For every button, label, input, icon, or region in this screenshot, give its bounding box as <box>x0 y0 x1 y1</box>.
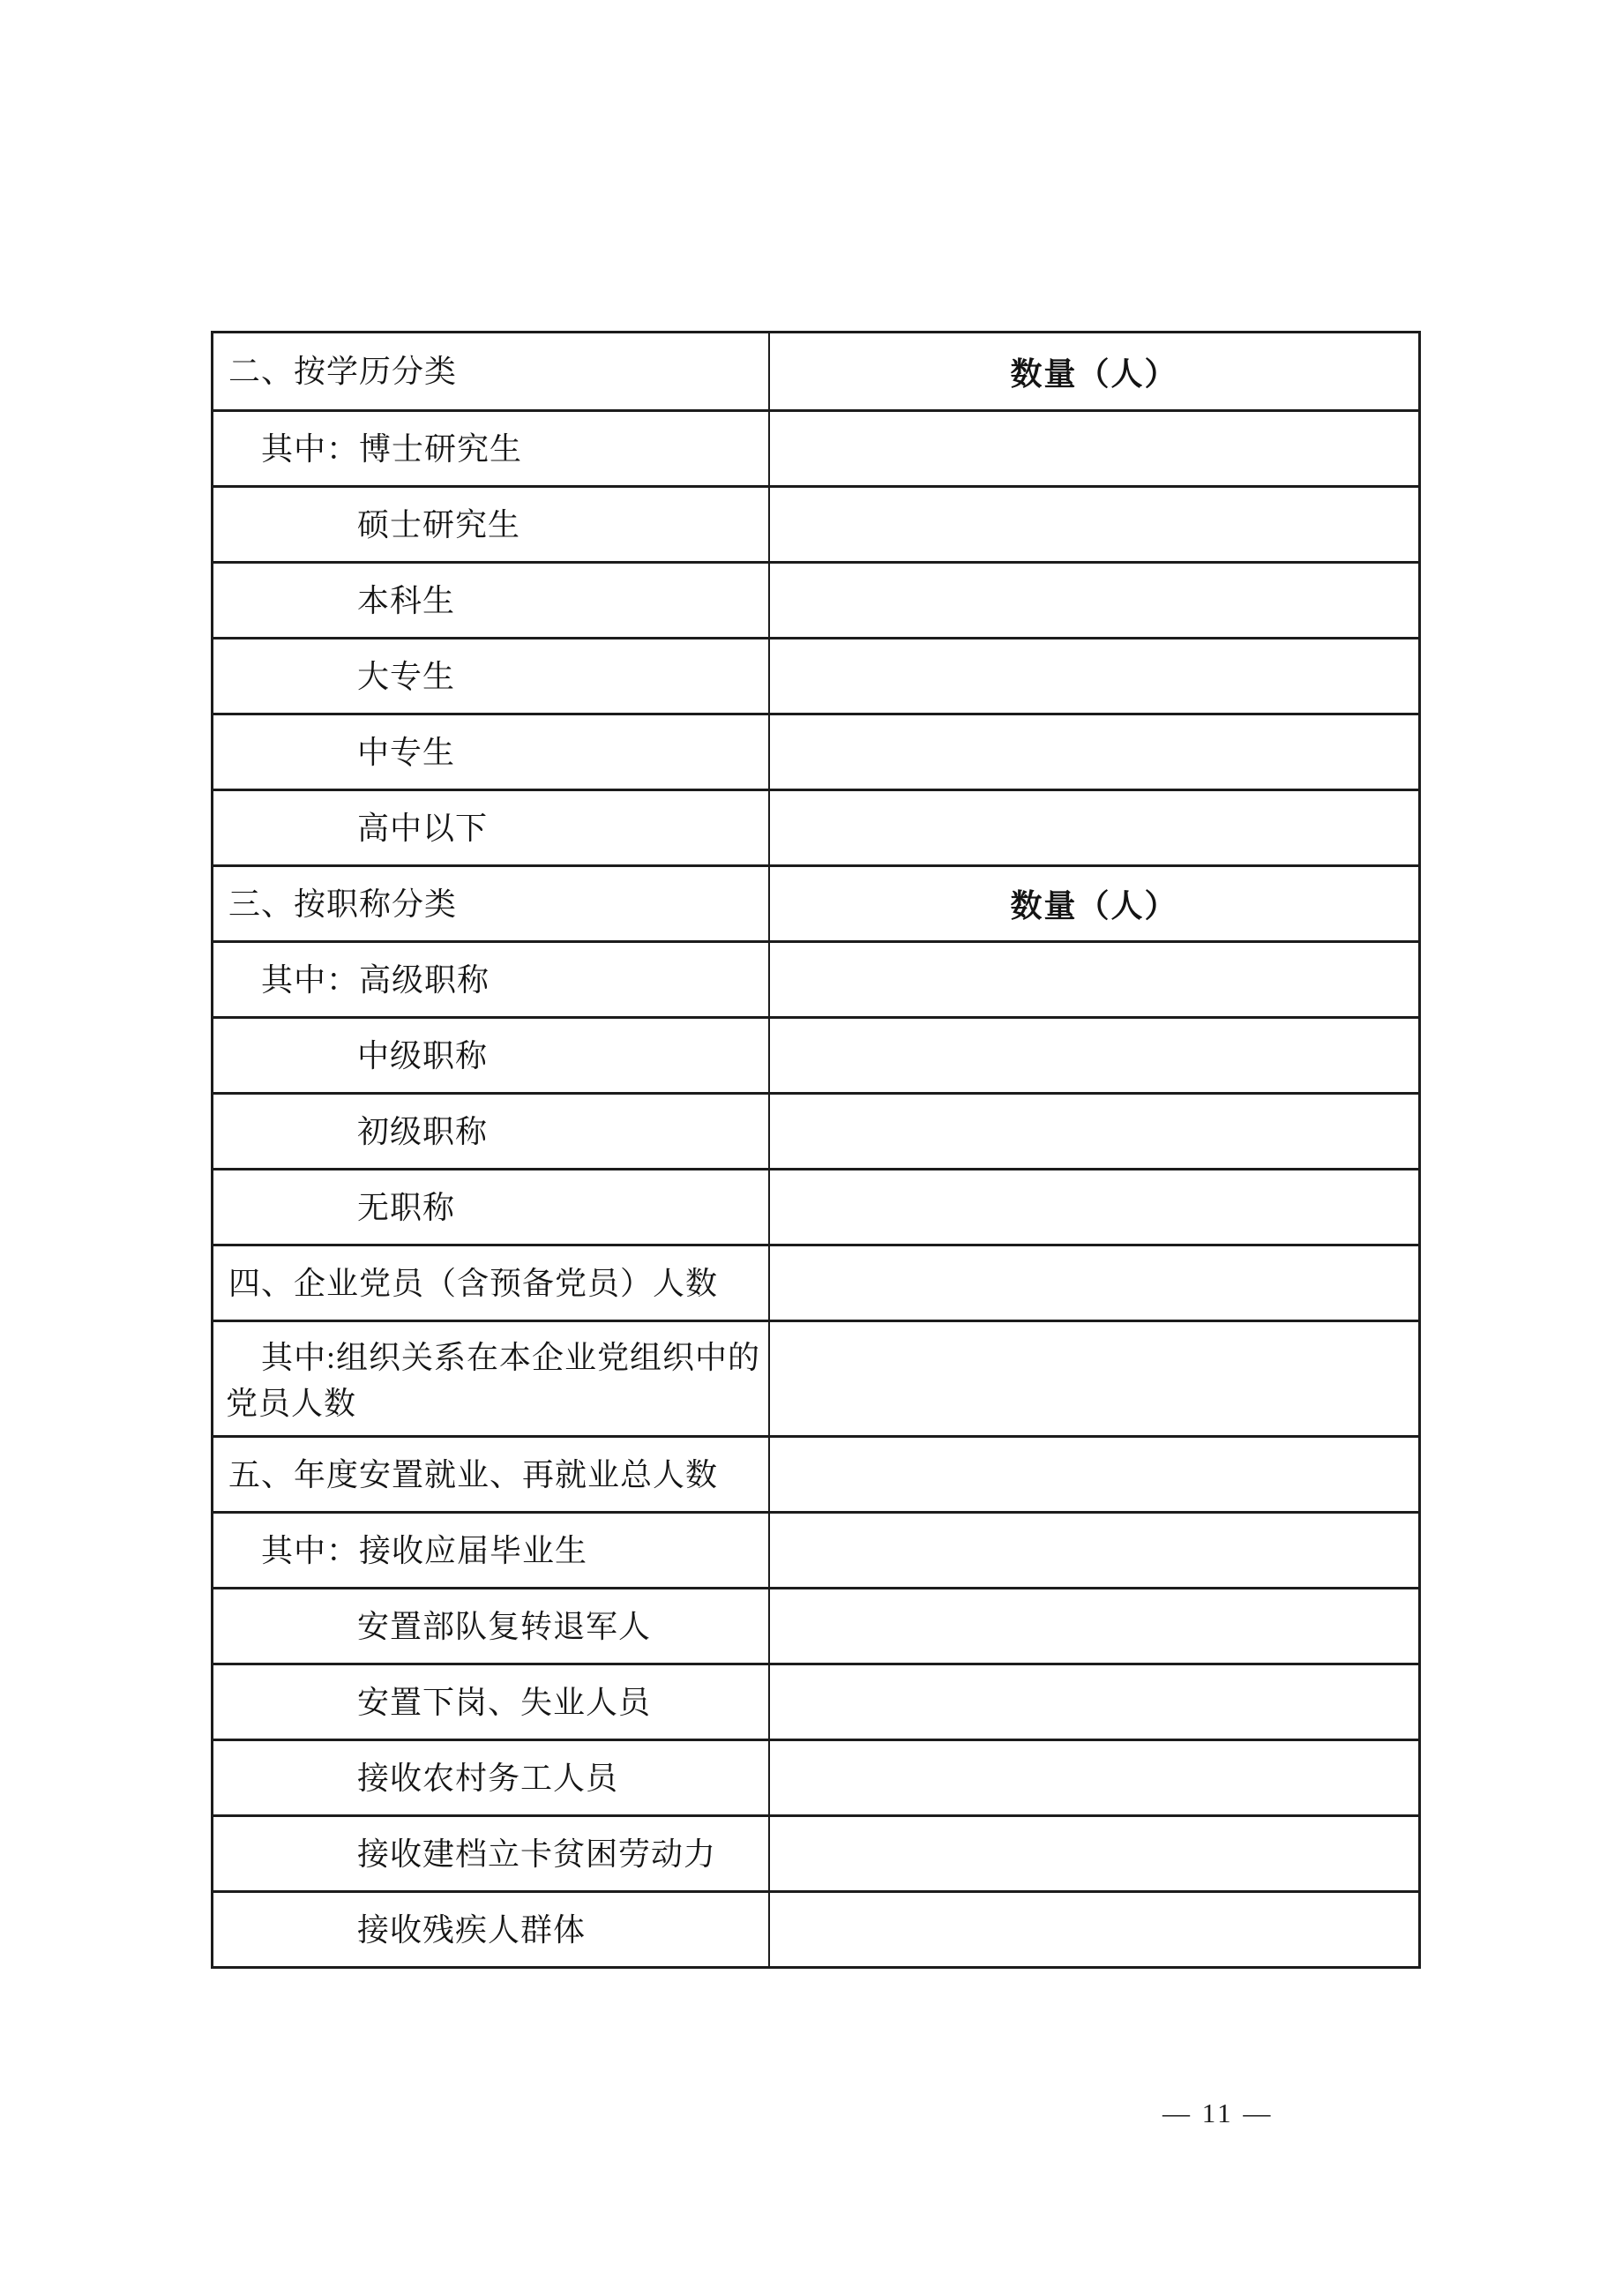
table-row-bachelor: 本科生 <box>213 561 1418 637</box>
table-row-masters: 硕士研究生 <box>213 485 1418 561</box>
row-label: 其中：高级职称 <box>261 964 490 996</box>
enterprise-staff-classification-table: 二、按学历分类 数量（人） 其中：博士研究生 硕士研究生 本科生 <box>211 331 1421 1969</box>
value-cell-empty <box>770 1246 1418 1320</box>
value-cell-empty <box>770 1589 1418 1663</box>
value-cell-empty <box>770 1438 1418 1511</box>
row-label-cell: 初级职称 <box>213 1095 770 1168</box>
row-label: 接收农村务工人员 <box>357 1762 618 1794</box>
document-page: 二、按学历分类 数量（人） 其中：博士研究生 硕士研究生 本科生 <box>0 0 1622 2296</box>
row-label-line2: 党员人数 <box>213 1380 768 1426</box>
table-row-fresh-graduates: 其中：接收应届毕业生 <box>213 1511 1418 1587</box>
section-title-party-members: 四、企业党员（含预备党员）人数 <box>228 1268 718 1299</box>
table-row-junior-college: 大专生 <box>213 637 1418 713</box>
row-label: 安置下岗、失业人员 <box>357 1686 651 1718</box>
table-row-below-highschool: 高中以下 <box>213 789 1418 864</box>
value-cell-empty <box>770 1170 1418 1244</box>
row-label-cell: 中级职称 <box>213 1019 770 1092</box>
value-cell-empty <box>770 412 1418 485</box>
row-label-cell: 安置部队复转退军人 <box>213 1589 770 1663</box>
row-label-cell: 其中：高级职称 <box>213 943 770 1016</box>
table-row-senior-title: 其中：高级职称 <box>213 940 1418 1016</box>
row-label-cell: 接收农村务工人员 <box>213 1741 770 1814</box>
table-row-mid-title: 中级职称 <box>213 1016 1418 1092</box>
table-row-registered-poor-labor: 接收建档立卡贫困劳动力 <box>213 1814 1418 1890</box>
row-label: 其中：接收应届毕业生 <box>261 1535 587 1567</box>
table-row-secondary-school: 中专生 <box>213 713 1418 789</box>
table-row-employment-section: 五、年度安置就业、再就业总人数 <box>213 1435 1418 1511</box>
row-label: 高中以下 <box>357 812 488 844</box>
value-cell-empty <box>770 715 1418 789</box>
table-row-veterans: 安置部队复转退军人 <box>213 1587 1418 1663</box>
value-cell-empty <box>770 564 1418 637</box>
value-cell-empty <box>770 1893 1418 1966</box>
table-row-rural-workers: 接收农村务工人员 <box>213 1739 1418 1814</box>
section-title-education: 二、按学历分类 <box>228 355 457 387</box>
quantity-header-cell: 数量（人） <box>770 333 1418 409</box>
row-label: 初级职称 <box>357 1116 488 1148</box>
row-label-cell: 中专生 <box>213 715 770 789</box>
table-row-education-section: 二、按学历分类 数量（人） <box>213 333 1418 409</box>
row-label: 接收建档立卡贫困劳动力 <box>357 1838 716 1870</box>
row-label: 中级职称 <box>357 1040 488 1072</box>
row-label-cell: 五、年度安置就业、再就业总人数 <box>213 1438 770 1511</box>
table-row-party-members-section: 四、企业党员（含预备党员）人数 <box>213 1244 1418 1320</box>
quantity-header: 数量（人） <box>1010 881 1177 926</box>
row-label-cell: 硕士研究生 <box>213 488 770 561</box>
value-cell-empty <box>770 1095 1418 1168</box>
row-label-cell: 本科生 <box>213 564 770 637</box>
row-label-cell: 接收残疾人群体 <box>213 1893 770 1966</box>
quantity-header: 数量（人） <box>1010 349 1177 394</box>
row-label: 硕士研究生 <box>357 509 520 541</box>
value-cell-empty <box>770 791 1418 864</box>
row-label-cell: 四、企业党员（含预备党员）人数 <box>213 1246 770 1320</box>
table-row-doctoral: 其中：博士研究生 <box>213 409 1418 485</box>
table-row-title-section: 三、按职称分类 数量（人） <box>213 864 1418 940</box>
row-label: 安置部队复转退军人 <box>357 1611 651 1642</box>
quantity-header-cell: 数量（人） <box>770 867 1418 940</box>
row-label-cell: 二、按学历分类 <box>213 333 770 409</box>
row-label: 无职称 <box>357 1192 455 1223</box>
row-label-cell: 其中：博士研究生 <box>213 412 770 485</box>
table-row-disabled-persons: 接收残疾人群体 <box>213 1890 1418 1966</box>
row-label: 本科生 <box>357 585 455 617</box>
table-row-party-members-in-org: 其中:组织关系在本企业党组织中的 党员人数 <box>213 1320 1418 1435</box>
value-cell-empty <box>770 1019 1418 1092</box>
table-row-no-title: 无职称 <box>213 1168 1418 1244</box>
value-cell-empty <box>770 639 1418 713</box>
value-cell-empty <box>770 1817 1418 1890</box>
row-label-cell: 安置下岗、失业人员 <box>213 1665 770 1739</box>
table-row-junior-title: 初级职称 <box>213 1092 1418 1168</box>
row-label-line1: 其中:组织关系在本企业党组织中的 <box>213 1335 768 1380</box>
row-label: 接收残疾人群体 <box>357 1914 586 1946</box>
row-label-cell: 高中以下 <box>213 791 770 864</box>
row-label-cell: 接收建档立卡贫困劳动力 <box>213 1817 770 1890</box>
row-label-cell: 无职称 <box>213 1170 770 1244</box>
page-number: — 11 — <box>1162 2098 1273 2129</box>
table-row-laid-off-workers: 安置下岗、失业人员 <box>213 1663 1418 1739</box>
value-cell-empty <box>770 1322 1418 1435</box>
value-cell-empty <box>770 488 1418 561</box>
value-cell-empty <box>770 1665 1418 1739</box>
value-cell-empty <box>770 1741 1418 1814</box>
row-label: 大专生 <box>357 661 455 692</box>
row-label-cell: 其中：接收应届毕业生 <box>213 1514 770 1587</box>
section-title-employment: 五、年度安置就业、再就业总人数 <box>228 1459 718 1491</box>
row-label: 其中：博士研究生 <box>261 433 522 465</box>
value-cell-empty <box>770 943 1418 1016</box>
row-label: 中专生 <box>357 737 455 768</box>
section-title-professional-title: 三、按职称分类 <box>228 888 457 920</box>
row-label-cell: 三、按职称分类 <box>213 867 770 940</box>
value-cell-empty <box>770 1514 1418 1587</box>
row-label-cell: 大专生 <box>213 639 770 713</box>
row-label-cell: 其中:组织关系在本企业党组织中的 党员人数 <box>213 1322 770 1435</box>
